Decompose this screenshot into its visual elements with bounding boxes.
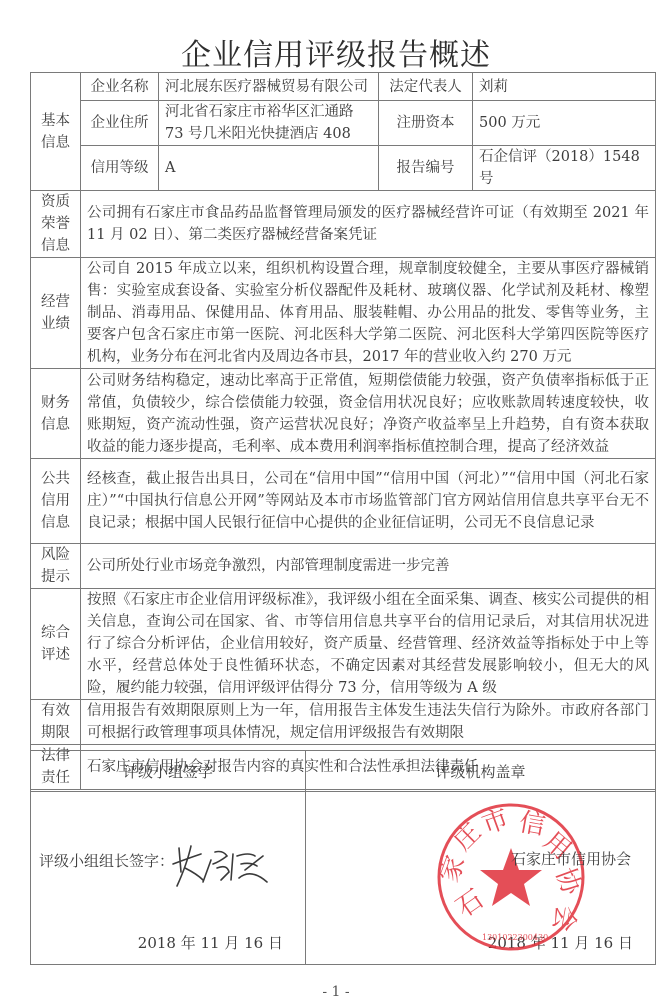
- report-number-value: 石企信评（2018）1548 号: [473, 146, 656, 191]
- section-label-public-credit: 公共信用信息: [31, 459, 81, 544]
- report-number-label: 报告编号: [379, 146, 473, 191]
- public-credit-text: 经核查，截止报告出具日，公司在“信用中国”“信用中国（河北）”“信用中国（河北石…: [81, 459, 656, 544]
- section-label-validity: 有效期限: [31, 700, 81, 745]
- section-label-summary: 综合评述: [31, 589, 81, 700]
- svg-text:信: 信: [517, 807, 548, 841]
- section-label-qualification: 资质荣誉信息: [31, 191, 81, 258]
- official-seal-icon: 石 家 庄 市 信 用 协 会 1301022300430: [434, 800, 589, 955]
- rating-agency-name: 石家庄市信用协会: [511, 848, 631, 869]
- report-table: 基本信息 企业名称 河北展东医疗器械贸易有限公司 法定代表人 刘莉 企业住所 河…: [30, 72, 656, 790]
- credit-grade-label: 信用等级: [81, 146, 159, 191]
- company-name-value: 河北展东医疗器械贸易有限公司: [159, 73, 379, 101]
- validity-text: 信用报告有效期限原则上为一年，信用报告主体发生违法失信行为除外。市政府各部门可根…: [81, 700, 656, 745]
- summary-text: 按照《石家庄市企业信用评级标准》，我评级小组在全面采集、调查、核实公司提供的相关…: [81, 589, 656, 700]
- credit-grade-value: A: [159, 146, 379, 191]
- company-name-label: 企业名称: [81, 73, 159, 101]
- svg-text:石: 石: [451, 884, 490, 923]
- rating-agency-seal-header: 评级机构盖章: [306, 751, 656, 792]
- legal-rep-value: 刘莉: [473, 73, 656, 101]
- finance-text: 公司财务结构稳定，速动比率高于正常值，短期偿债能力较强，资产负债率指标低于正常值…: [81, 369, 656, 459]
- performance-text: 公司自 2015 年成立以来，组织机构设置合理，规章制度较健全，主要从事医疗器械…: [81, 258, 656, 369]
- qualification-text: 公司拥有石家庄市食品药品监督管理局颁发的医疗器械经营许可证（有效期至 2021 …: [81, 191, 656, 258]
- svg-text:1301022300430: 1301022300430: [482, 933, 548, 942]
- document-title: 企业信用评级报告概述: [0, 30, 672, 74]
- capital-value: 500 万元: [473, 101, 656, 146]
- risk-text: 公司所处行业市场竞争激烈，内部管理制度需进一步完善: [81, 544, 656, 589]
- page-number: - 1 -: [0, 984, 672, 1000]
- address-value: 河北省石家庄市裕华区汇通路 73 号几米阳光快捷酒店 408: [159, 101, 379, 146]
- rating-team-signature-header: 评级小组签字: [31, 751, 306, 792]
- leader-signature-label: 评级小组组长签字：: [39, 850, 174, 871]
- section-label-performance: 经营业绩: [31, 258, 81, 369]
- legal-rep-label: 法定代表人: [379, 73, 473, 101]
- capital-label: 注册资本: [379, 101, 473, 146]
- section-label-basic: 基本信息: [31, 73, 81, 191]
- address-label: 企业住所: [81, 101, 159, 146]
- section-label-risk: 风险提示: [31, 544, 81, 589]
- signature-date: 2018 年 11 月 16 日: [138, 932, 283, 953]
- svg-text:会: 会: [547, 903, 581, 934]
- handwritten-signature-icon: [171, 834, 281, 894]
- signature-cell: 评级小组组长签字： 2018 年 11 月 16 日: [31, 792, 306, 965]
- signoff-table: 评级小组签字 评级机构盖章 评级小组组长签字： 2018 年 11 月 16 日…: [30, 750, 656, 965]
- seal-cell: 石 家 庄 市 信 用 协 会 1301022300430 石家庄市信用协会 2…: [306, 792, 656, 965]
- section-label-finance: 财务信息: [31, 369, 81, 459]
